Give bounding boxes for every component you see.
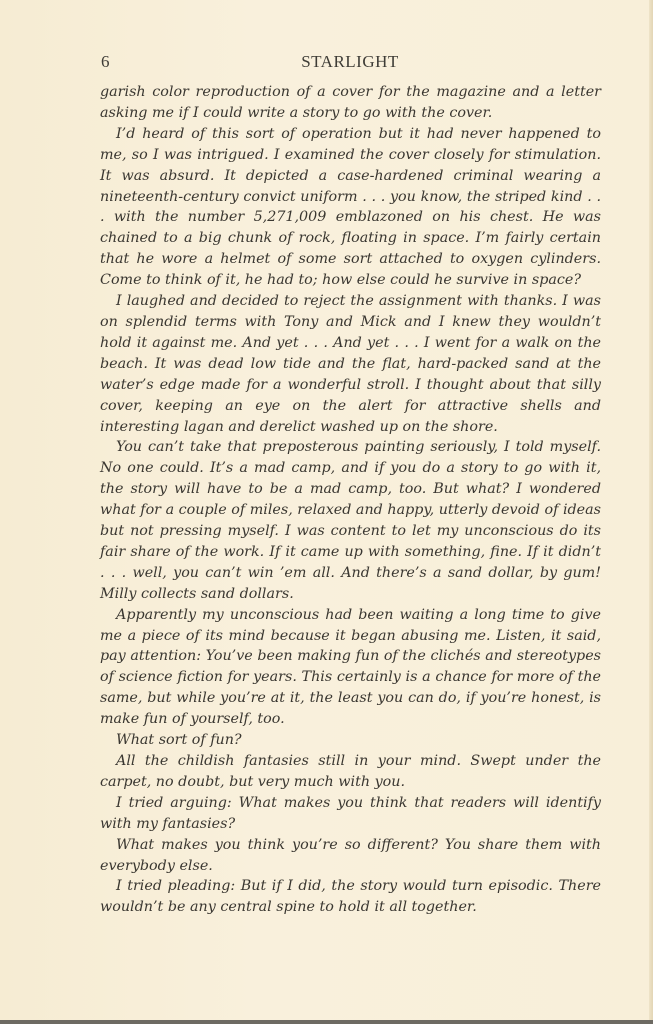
paragraph: Apparently my unconscious had been waiti… <box>100 605 601 730</box>
paragraph: garish color reproduction of a cover for… <box>100 82 601 124</box>
running-title: STARLIGHT <box>101 52 599 72</box>
body-text: garish color reproduction of a cover for… <box>100 82 601 918</box>
paragraph: I tried arguing: What makes you think th… <box>100 793 601 835</box>
paragraph: All the childish fantasies still in your… <box>100 751 601 793</box>
book-page: 6 STARLIGHT garish color reproduction of… <box>0 0 653 1024</box>
page-bottom-edge <box>0 1020 653 1024</box>
running-head: 6 STARLIGHT <box>101 52 599 76</box>
paragraph: What makes you think you’re so different… <box>100 835 601 877</box>
paragraph: I laughed and decided to reject the assi… <box>100 291 601 437</box>
page-edge <box>649 0 653 1024</box>
paragraph: I’d heard of this sort of operation but … <box>100 124 601 291</box>
paragraph: What sort of fun? <box>100 730 601 751</box>
paragraph: I tried pleading: But if I did, the stor… <box>100 876 601 918</box>
paragraph: You can’t take that preposterous paintin… <box>100 437 601 604</box>
